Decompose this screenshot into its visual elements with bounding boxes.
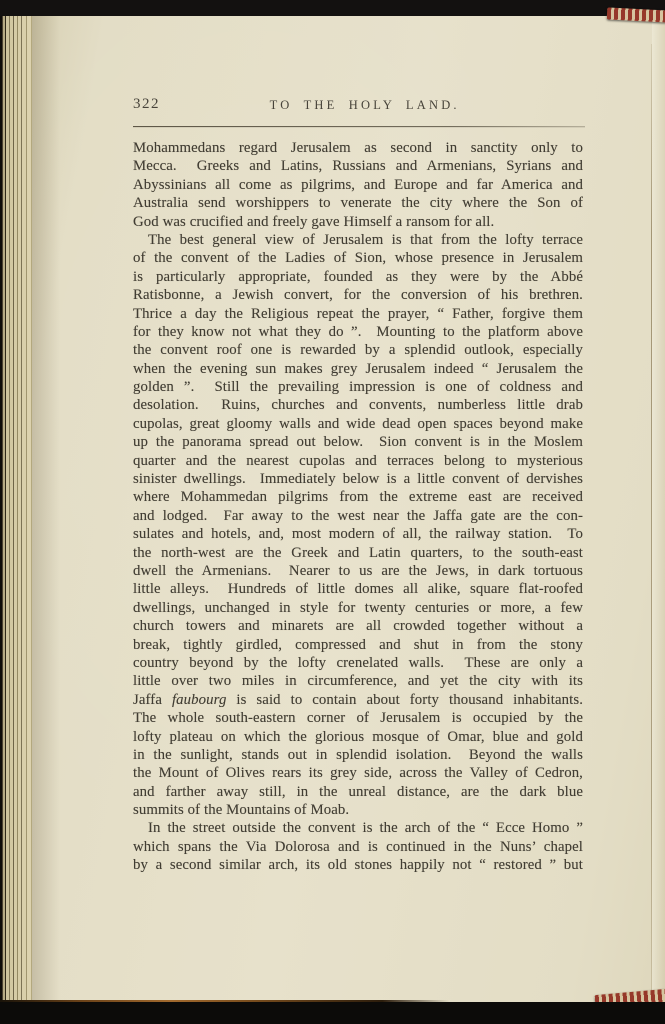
page-stack-edges (0, 13, 34, 1005)
text-line: dwellings, unchanged in style for twenty… (133, 599, 583, 617)
text-line: the Mount of Olives rears its grey side,… (133, 764, 583, 782)
text-line: country beyond by the lofty crenelated w… (133, 654, 583, 672)
text-line: sinister dwellings. Immediately below is… (133, 470, 583, 488)
text-line: God was crucified and freely gave Himsel… (133, 213, 583, 231)
header-rule (133, 126, 585, 127)
text-line: Australia send worshippers to venerate t… (133, 194, 583, 212)
text-line: Jaffa faubourg is said to contain about … (133, 691, 583, 709)
text-line: is particularly appropriate, founded as … (133, 268, 583, 286)
italic-text: faubourg (172, 692, 227, 708)
text-line: golden ”. Still the prevailing impressio… (133, 378, 583, 396)
top-black-band (0, 0, 665, 16)
text-line: which spans the Via Dolorosa and is cont… (133, 838, 583, 856)
text-line: In the street outside the convent is the… (133, 819, 583, 837)
text-line: of the convent of the Ladies of Sion, wh… (133, 249, 583, 267)
scan-root: { "page": { "number": "322", "running_he… (0, 0, 665, 1024)
text-line: in the sunlight, stands out in splendid … (133, 746, 583, 764)
text-line: for they know not what they do ”. Mounti… (133, 323, 583, 341)
text-line: the convent roof one is rewarded by a sp… (133, 341, 583, 359)
text-line: where Mohammedan pilgrims from the extre… (133, 488, 583, 506)
text-line: and lodged. Far away to the west near th… (133, 507, 583, 525)
text-line: sulates and hotels, and, most modern of … (133, 525, 583, 543)
page-crease (651, 44, 652, 997)
text-line: Ratisbonne, a Jewish convert, for the co… (133, 286, 583, 304)
text-line: The best general view of Jerusalem is th… (133, 231, 583, 249)
book-scan: 322 TO THE HOLY LAND. Mohammedans regard… (0, 0, 665, 1024)
text-line: up the panorama spread out below. Sion c… (133, 433, 583, 451)
bottom-black-band (0, 1002, 665, 1024)
text-line: quarter and the nearest cupolas and terr… (133, 452, 583, 470)
text-line: dwell the Armenians. Nearer to us are th… (133, 562, 583, 580)
paragraph: The best general view of Jerusalem is th… (133, 231, 583, 820)
page-body: Mohammedans regard Jerusalem as second i… (133, 139, 583, 875)
text-line: cupolas, great gloomy walls and wide dea… (133, 415, 583, 433)
text-line: summits of the Mountains of Moab. (133, 801, 583, 819)
text-line: church towers and minarets are all crowd… (133, 617, 583, 635)
text-line: break, tightly girdled, compressed and s… (133, 636, 583, 654)
book-page: 322 TO THE HOLY LAND. Mohammedans regard… (32, 15, 665, 1003)
running-head: TO THE HOLY LAND. (270, 98, 460, 113)
page-number: 322 (133, 96, 160, 113)
text-line: when the evening sun makes grey Jerusale… (133, 360, 583, 378)
paragraph: In the street outside the convent is the… (133, 819, 583, 874)
text-line: the north-west are the Greek and Latin q… (133, 544, 583, 562)
text-line: little over two miles in circumference, … (133, 672, 583, 690)
paragraph: Mohammedans regard Jerusalem as second i… (133, 139, 583, 231)
text-line: little alleys. Hundreds of little domes … (133, 580, 583, 598)
page-header: 322 TO THE HOLY LAND. (133, 96, 585, 116)
text-line: lofty plateau on which the glorious mosq… (133, 728, 583, 746)
text-line: Thrice a day the Religious repeat the pr… (133, 305, 583, 323)
text-line: by a second similar arch, its old stones… (133, 856, 583, 874)
text-line: Abyssinians all come as pilgrims, and Eu… (133, 176, 583, 194)
text-line: and farther away still, in the unreal di… (133, 783, 583, 801)
text-line: Mohammedans regard Jerusalem as second i… (133, 139, 583, 157)
text-line: desolation. Ruins, churches and convents… (133, 396, 583, 414)
text-line: The whole south-eastern corner of Jerusa… (133, 709, 583, 727)
text-line: Mecca. Greeks and Latins, Russians and A… (133, 157, 583, 175)
